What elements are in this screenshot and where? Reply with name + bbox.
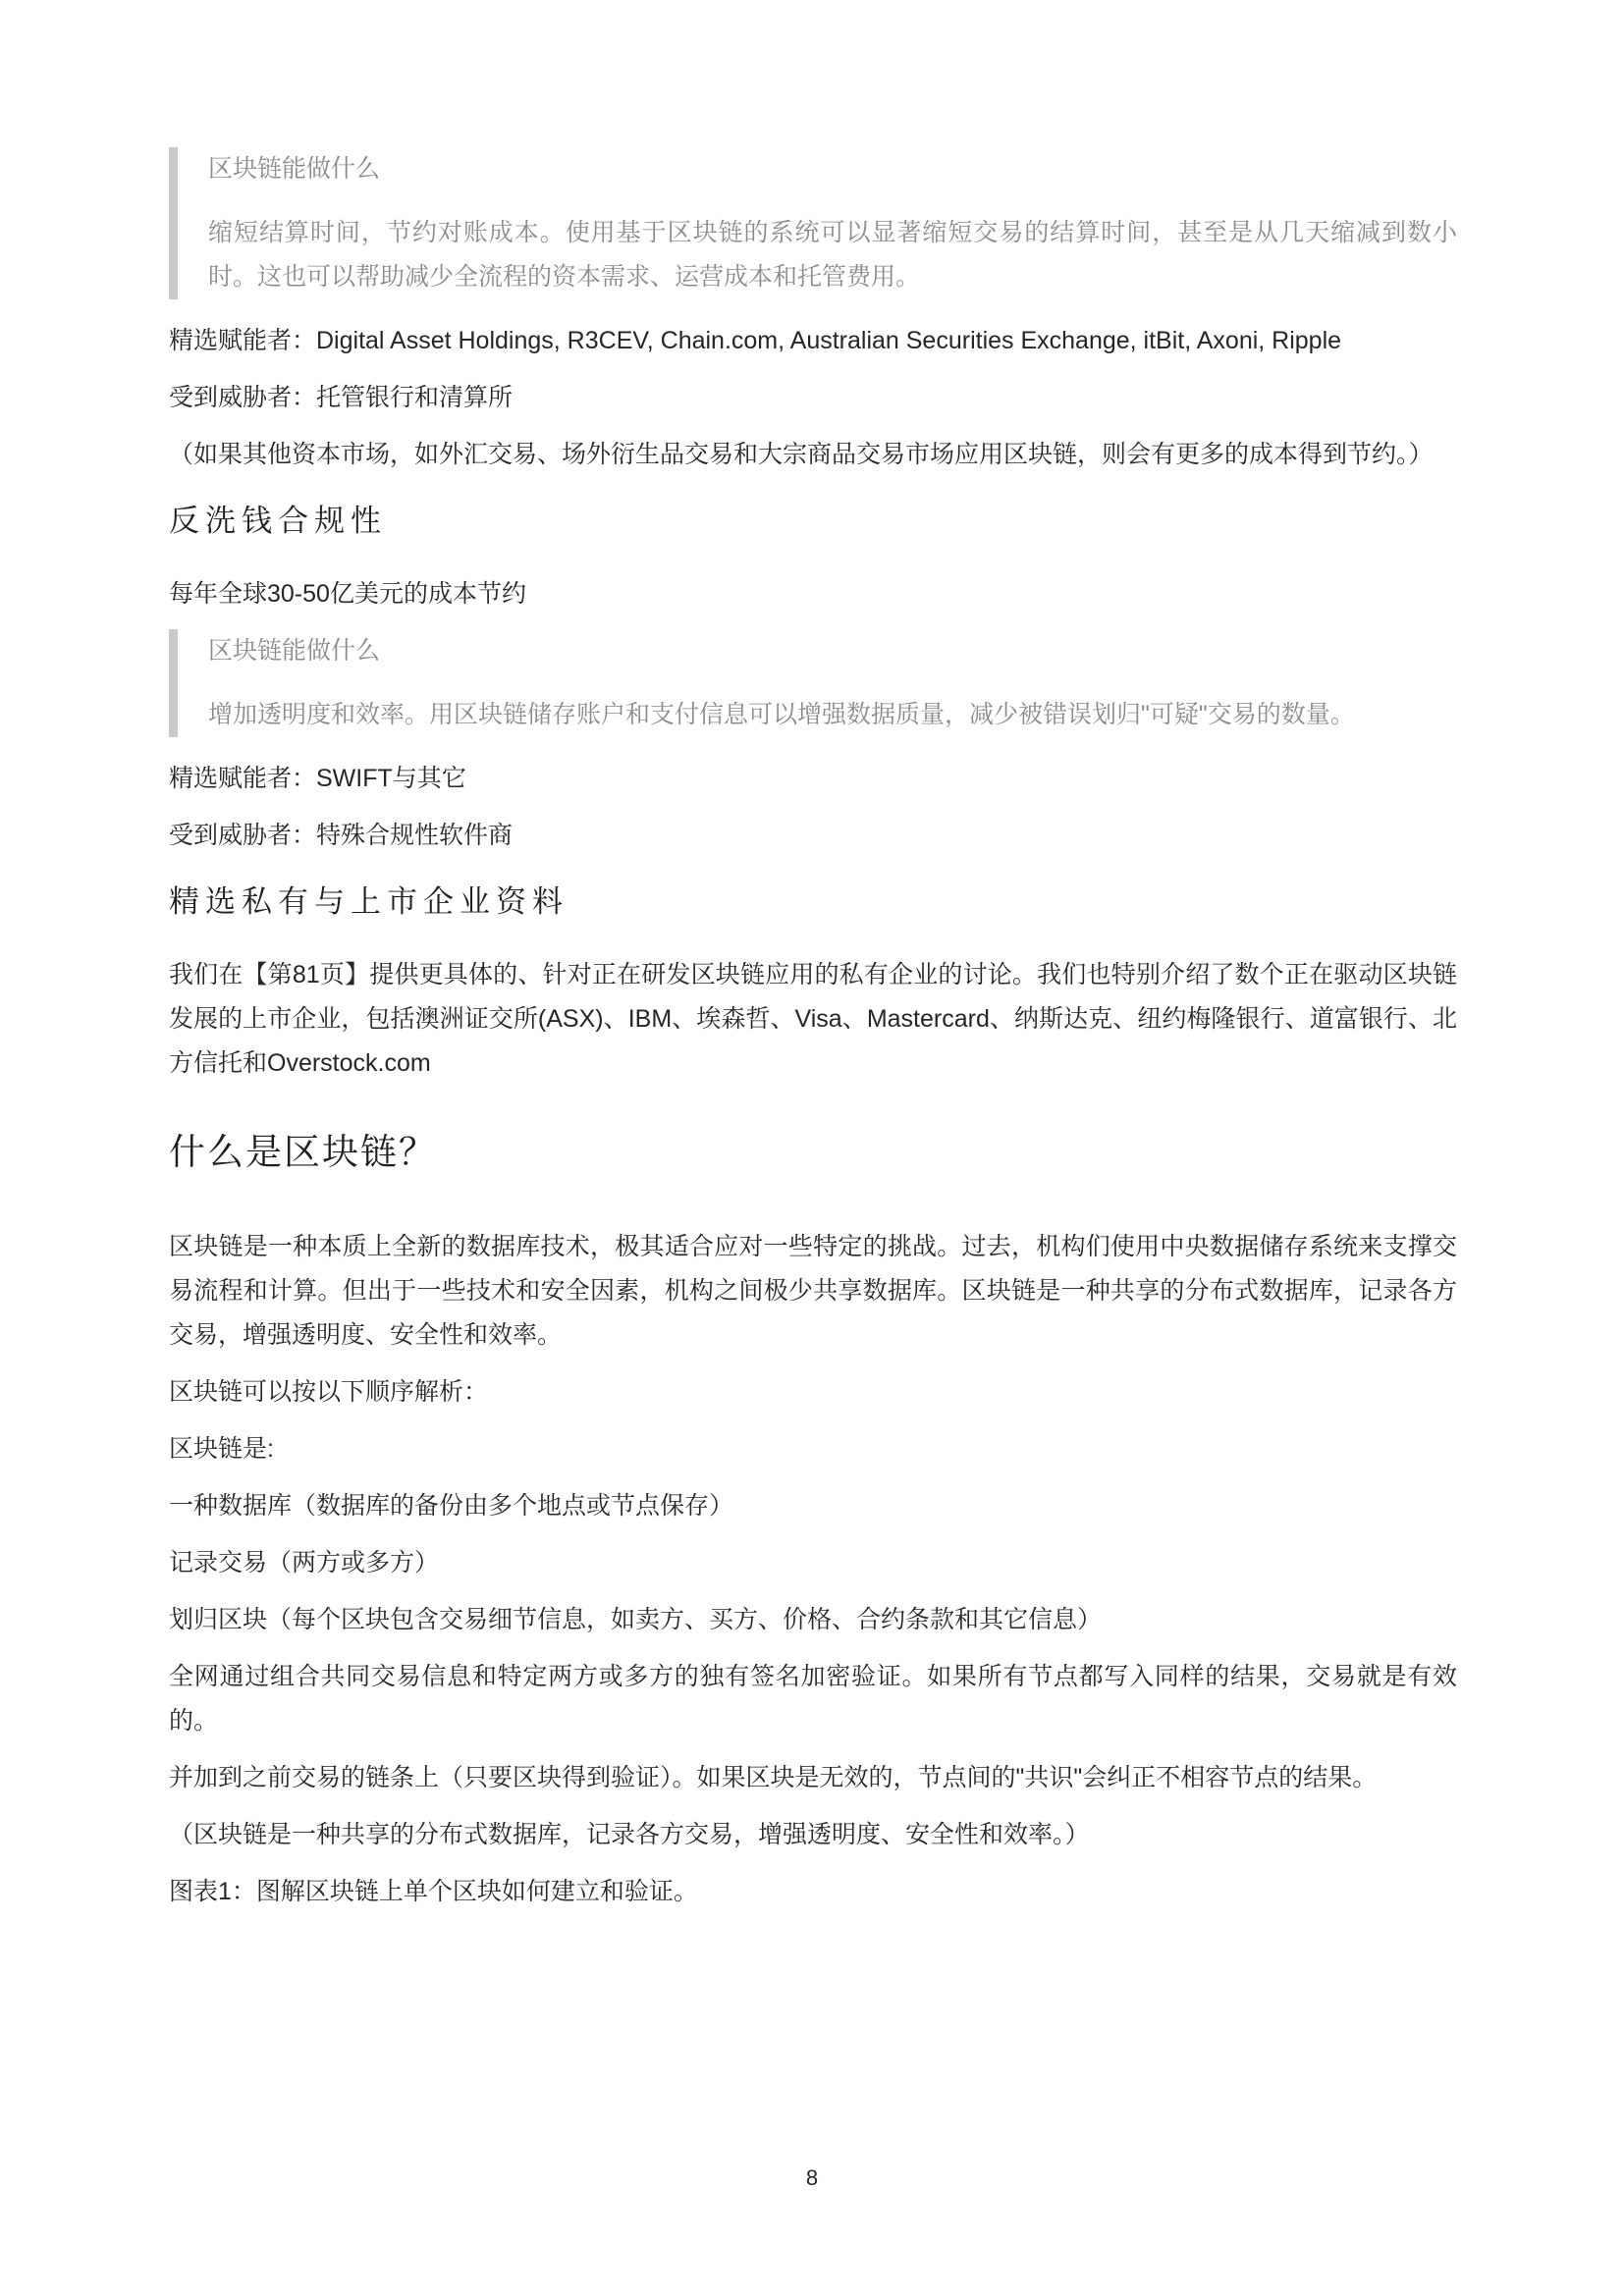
- heading-what-is-blockchain: 什么是区块链？: [169, 1127, 1457, 1178]
- blockquote-aml-label: 区块链能做什么: [208, 629, 1457, 673]
- paragraph-threatened-custodians: 受到威胁者：托管银行和清算所: [169, 376, 1457, 420]
- document-page: 区块链能做什么 缩短结算时间，节约对账成本。使用基于区块链的系统可以显著缩短交易…: [0, 0, 1624, 2296]
- blockquote-settlement-label: 区块链能做什么: [208, 147, 1457, 191]
- paragraph-company-profiles: 我们在【第81页】提供更具体的、针对正在研发区块链应用的私有企业的讨论。我们也特…: [169, 953, 1457, 1086]
- paragraph-enablers-aml: 精选赋能者：SWIFT与其它: [169, 757, 1457, 801]
- paragraph-threatened-compliance-vendors: 受到威胁者：特殊合规性软件商: [169, 814, 1457, 858]
- blockquote-aml: 区块链能做什么 增加透明度和效率。用区块链储存账户和支付信息可以增强数据质量，减…: [169, 629, 1457, 737]
- paragraph-note-capital-markets: （如果其他资本市场，如外汇交易、场外衍生品交易和大宗商品交易市场应用区块链，则会…: [169, 433, 1457, 477]
- paragraph-summary-parenthetical: （区块链是一种共享的分布式数据库，记录各方交易，增强透明度、安全性和效率。）: [169, 1813, 1457, 1857]
- paragraph-enablers-capital-markets: 精选赋能者：Digital Asset Holdings, R3CEV, Cha…: [169, 319, 1457, 363]
- paragraph-blockchain-is: 区块链是:: [169, 1427, 1457, 1471]
- blockquote-settlement-body: 缩短结算时间，节约对账成本。使用基于区块链的系统可以显著缩短交易的结算时间，甚至…: [208, 211, 1457, 299]
- page-content: 区块链能做什么 缩短结算时间，节约对账成本。使用基于区块链的系统可以显著缩短交易…: [169, 147, 1457, 1927]
- paragraph-item-blocks: 划归区块（每个区块包含交易细节信息，如卖方、买方、价格、合约条款和其它信息）: [169, 1598, 1457, 1642]
- paragraph-aml-savings: 每年全球30-50亿美元的成本节约: [169, 572, 1457, 616]
- paragraph-chain-append: 并加到之前交易的链条上（只要区块得到验证）。如果区块是无效的，节点间的"共识"会…: [169, 1756, 1457, 1800]
- blockquote-aml-body: 增加透明度和效率。用区块链储存账户和支付信息可以增强数据质量，减少被错误划归"可…: [208, 693, 1457, 737]
- page-number: 8: [0, 2165, 1624, 2191]
- heading-company-profiles: 精选私有与上市企业资料: [169, 882, 1457, 922]
- paragraph-network-validation: 全网通过组合共同交易信息和特定两方或多方的独有签名加密验证。如果所有节点都写入同…: [169, 1655, 1457, 1743]
- figure-1-caption: 图表1：图解区块链上单个区块如何建立和验证。: [169, 1870, 1457, 1914]
- paragraph-item-database: 一种数据库（数据库的备份由多个地点或节点保存）: [169, 1484, 1457, 1528]
- paragraph-parse-order: 区块链可以按以下顺序解析：: [169, 1370, 1457, 1415]
- blockquote-settlement: 区块链能做什么 缩短结算时间，节约对账成本。使用基于区块链的系统可以显著缩短交易…: [169, 147, 1457, 299]
- paragraph-item-record-transactions: 记录交易（两方或多方）: [169, 1541, 1457, 1585]
- paragraph-blockchain-intro: 区块链是一种本质上全新的数据库技术，极其适合应对一些特定的挑战。过去，机构们使用…: [169, 1225, 1457, 1358]
- heading-aml-compliance: 反洗钱合规性: [169, 502, 1457, 541]
